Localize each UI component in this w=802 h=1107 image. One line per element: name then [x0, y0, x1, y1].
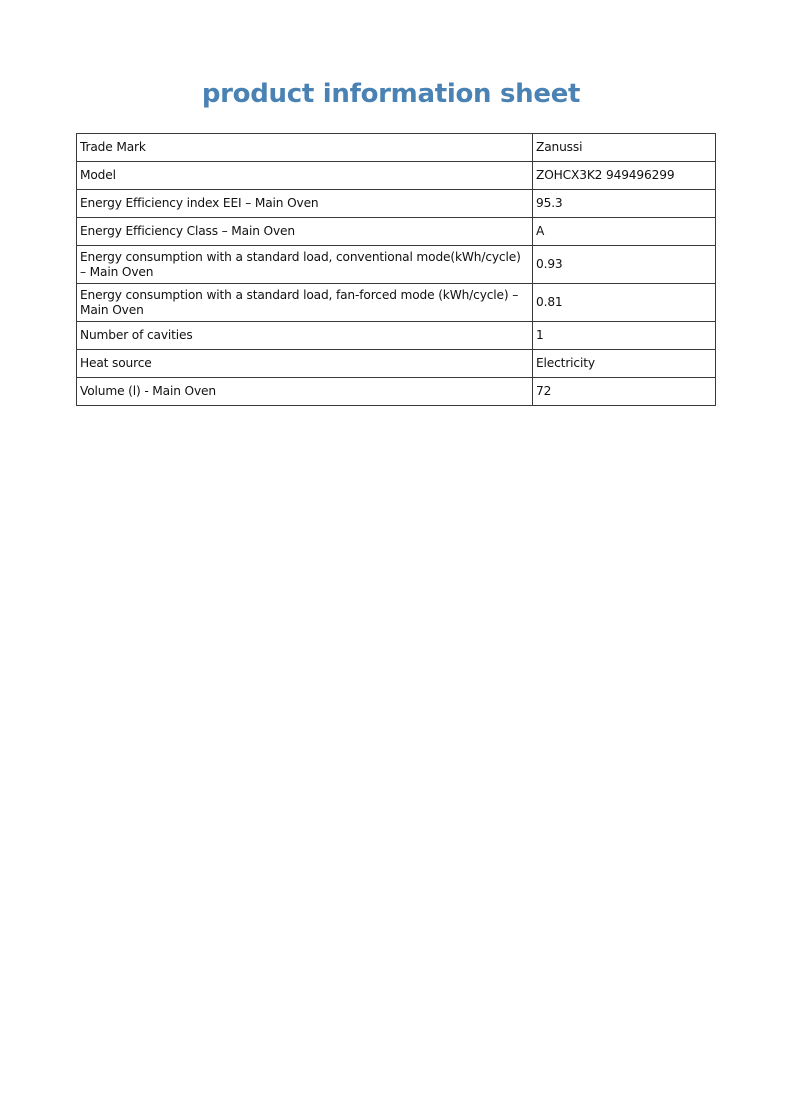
row-value: Zanussi [533, 134, 716, 162]
table-row: Trade Mark Zanussi [77, 134, 716, 162]
row-label: Energy consumption with a standard load,… [77, 246, 533, 284]
row-label: Model [77, 162, 533, 190]
row-label: Number of cavities [77, 322, 533, 350]
row-value: ZOHCX3K2 949496299 [533, 162, 716, 190]
row-value: 0.81 [533, 284, 716, 322]
page-title: product information sheet [0, 76, 782, 112]
table-row: Model ZOHCX3K2 949496299 [77, 162, 716, 190]
row-label: Energy Efficiency Class – Main Oven [77, 218, 533, 246]
row-value: 72 [533, 378, 716, 406]
table-row: Energy consumption with a standard load,… [77, 284, 716, 322]
row-label: Energy consumption with a standard load,… [77, 284, 533, 322]
table-row: Volume (l) - Main Oven 72 [77, 378, 716, 406]
row-value: A [533, 218, 716, 246]
row-label: Trade Mark [77, 134, 533, 162]
table-row: Energy consumption with a standard load,… [77, 246, 716, 284]
row-label: Heat source [77, 350, 533, 378]
table-row: Energy Efficiency Class – Main Oven A [77, 218, 716, 246]
row-value: 0.93 [533, 246, 716, 284]
row-value: Electricity [533, 350, 716, 378]
table-row: Heat source Electricity [77, 350, 716, 378]
row-value: 1 [533, 322, 716, 350]
row-value: 95.3 [533, 190, 716, 218]
product-info-table: Trade Mark Zanussi Model ZOHCX3K2 949496… [76, 133, 716, 406]
row-label: Energy Efficiency index EEI – Main Oven [77, 190, 533, 218]
table-row: Energy Efficiency index EEI – Main Oven … [77, 190, 716, 218]
row-label: Volume (l) - Main Oven [77, 378, 533, 406]
table-row: Number of cavities 1 [77, 322, 716, 350]
